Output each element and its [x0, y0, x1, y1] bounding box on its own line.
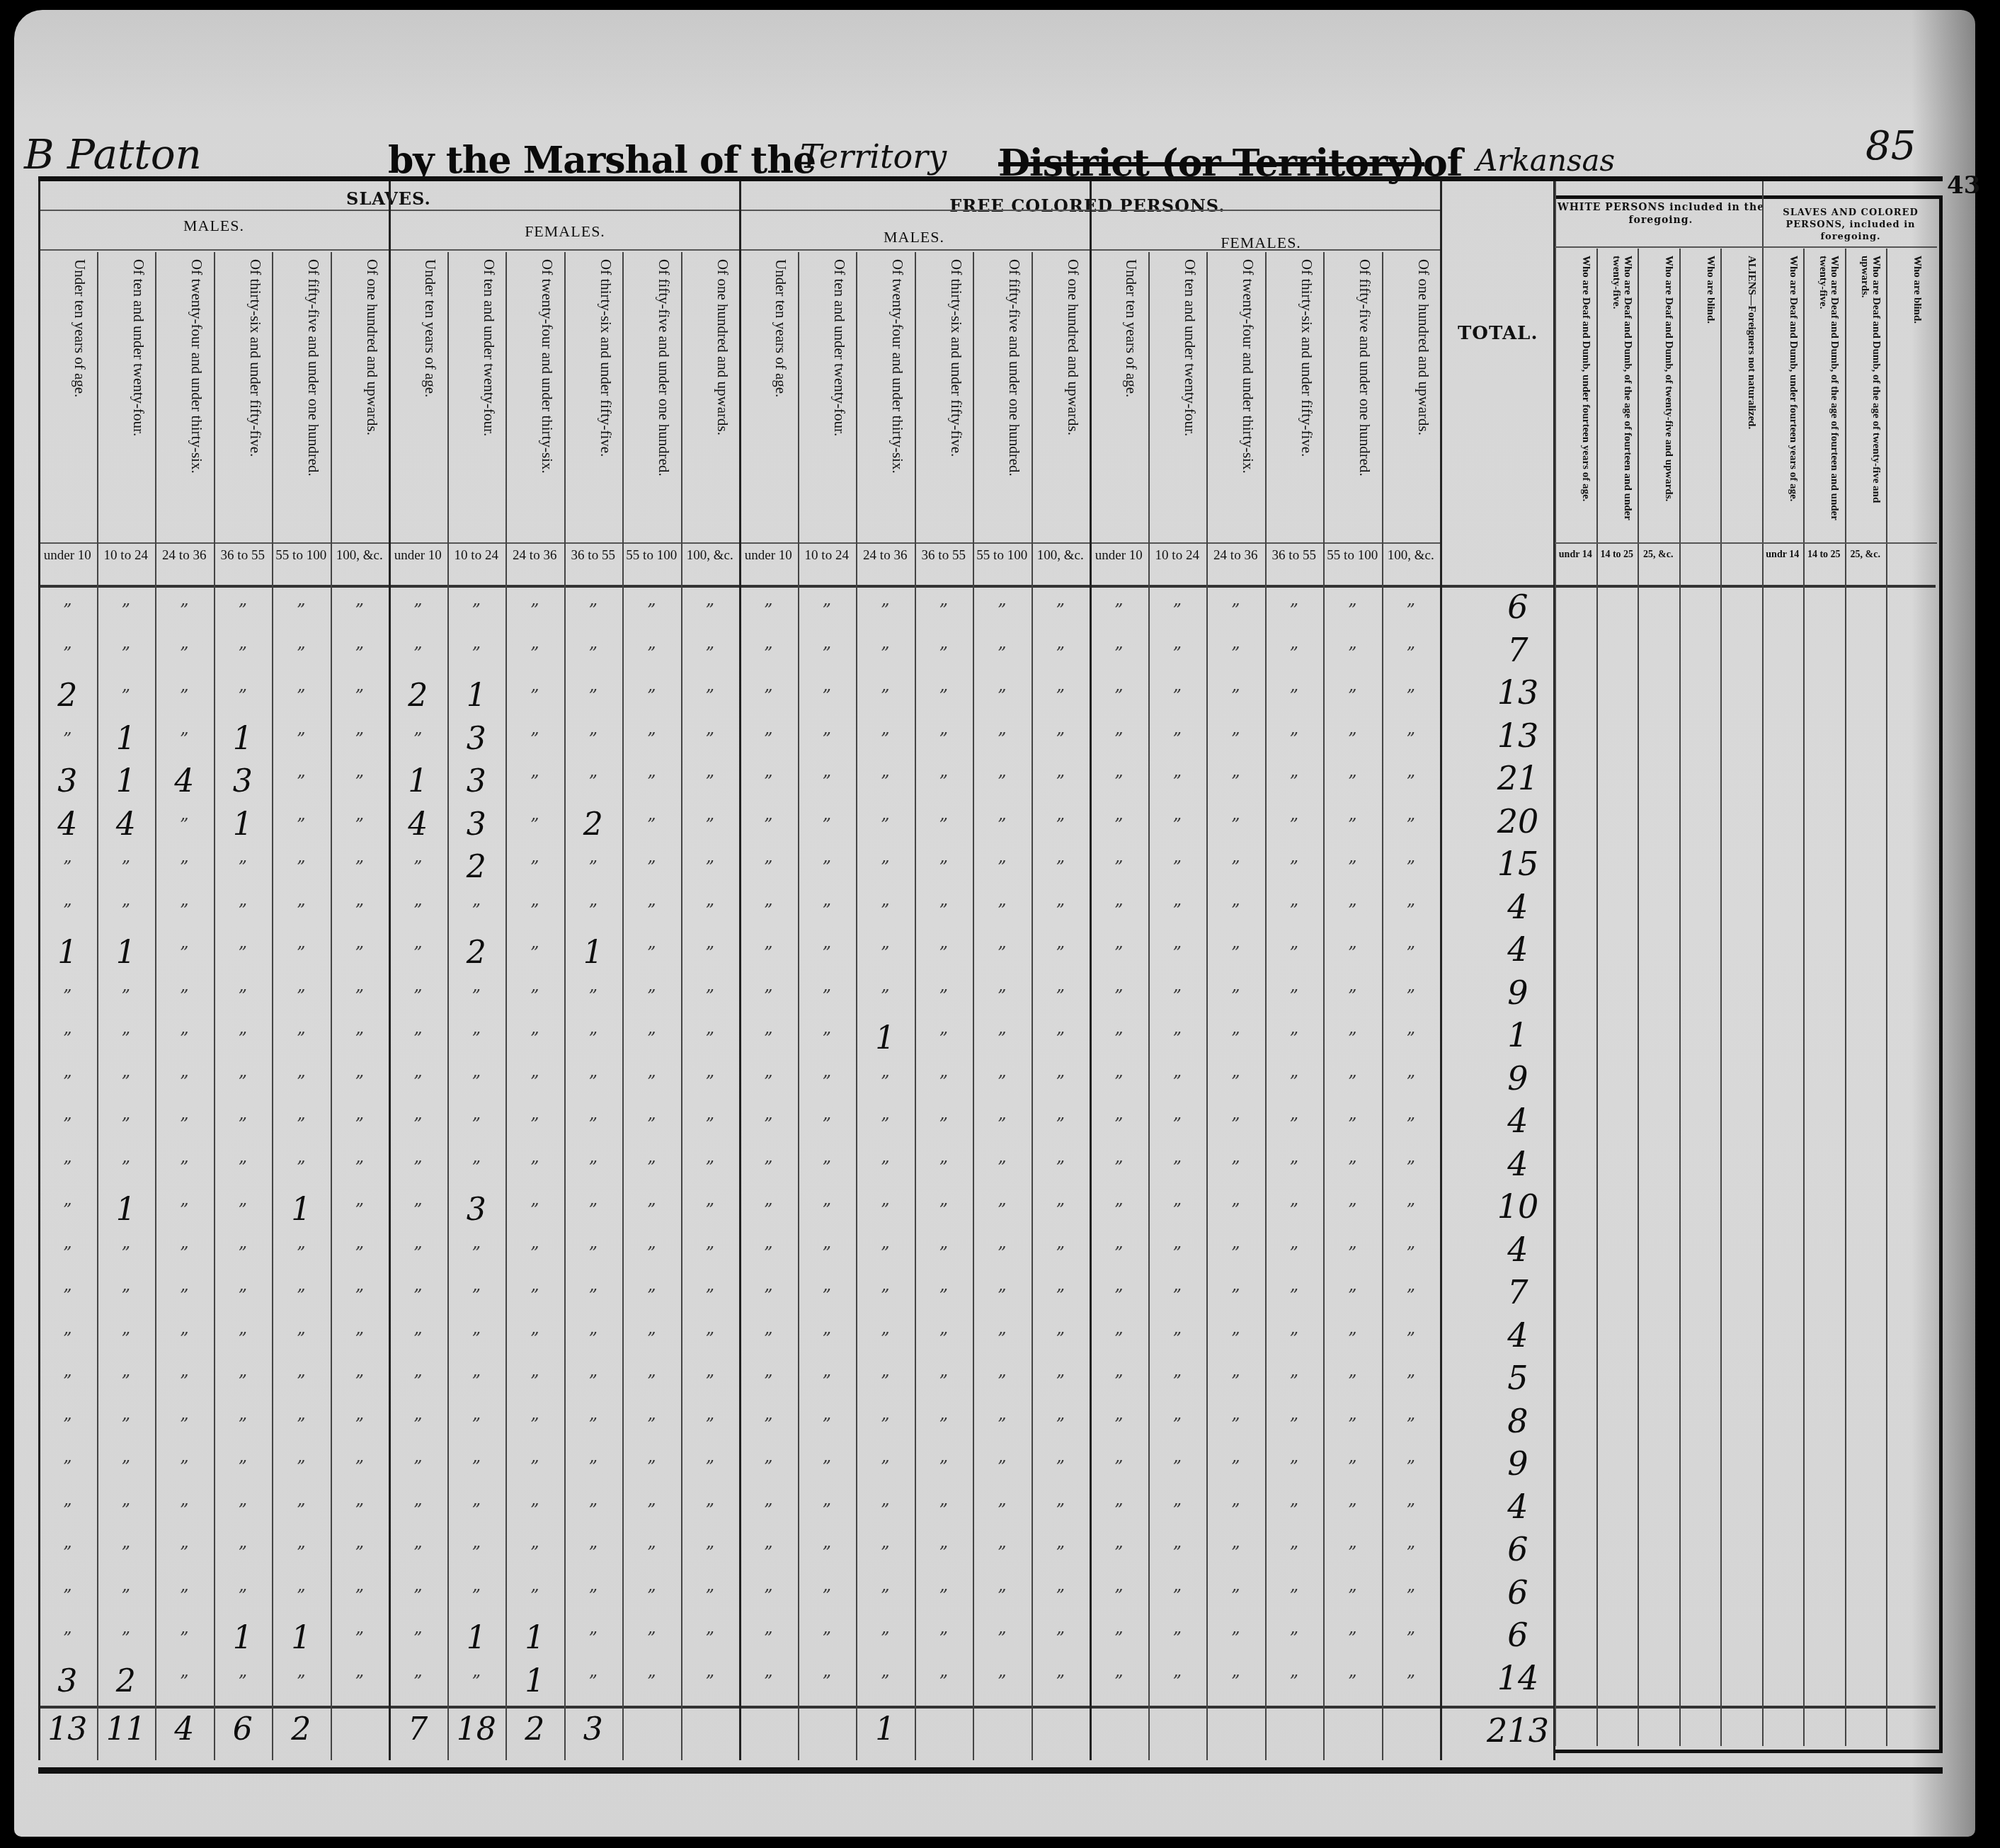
- ditto-mark: ”: [155, 1629, 214, 1648]
- ditto-mark: ”: [856, 1072, 915, 1092]
- ditto-mark: ”: [331, 1672, 389, 1692]
- ditto-mark: ”: [272, 1114, 331, 1134]
- ditto-mark: ”: [389, 1457, 447, 1477]
- ditto-mark: ”: [1032, 1286, 1090, 1306]
- column-heading: Of one hundred and upwards.: [691, 259, 731, 528]
- slaves-females: FEMALES.: [389, 222, 741, 241]
- ditto-mark: ”: [739, 1543, 798, 1563]
- ditto-mark: ”: [389, 1371, 447, 1391]
- ditto-mark: ”: [1148, 1500, 1207, 1520]
- ditto-mark: ”: [1032, 772, 1090, 792]
- ditto-mark: ”: [1382, 901, 1441, 920]
- ditto-mark: ”: [505, 943, 564, 963]
- ditto-mark: ”: [1382, 1500, 1441, 1520]
- ditto-mark: ”: [681, 729, 740, 749]
- ditto-mark: ”: [739, 644, 798, 663]
- ditto-mark: ”: [564, 1114, 623, 1134]
- ditto-mark: ”: [331, 1158, 389, 1177]
- ditto-mark: ”: [1032, 600, 1090, 620]
- ditto-mark: ”: [1090, 1072, 1148, 1092]
- ditto-mark: ”: [739, 1500, 798, 1520]
- ditto-mark: ”: [564, 1672, 623, 1692]
- ditto-mark: ”: [1206, 1672, 1265, 1692]
- ditto-mark: ”: [681, 686, 740, 706]
- ditto-mark: ”: [622, 1543, 681, 1563]
- ditto-mark: ”: [97, 1586, 156, 1606]
- ditto-mark: ”: [856, 815, 915, 835]
- ditto-mark: ”: [1090, 644, 1148, 663]
- ditto-mark: ”: [1032, 1200, 1090, 1220]
- ditto-mark: ”: [739, 1158, 798, 1177]
- ditto-mark: ”: [564, 1286, 623, 1306]
- ditto-mark: ”: [798, 1543, 857, 1563]
- table-cell: 3: [447, 721, 506, 757]
- ditto-mark: ”: [505, 1200, 564, 1220]
- ditto-mark: ”: [447, 1415, 506, 1435]
- ditto-mark: ”: [856, 772, 915, 792]
- column-heading: Of fifty-five and under one hundred.: [282, 259, 321, 528]
- ditto-mark: ”: [739, 1243, 798, 1263]
- ditto-mark: ”: [915, 1286, 973, 1306]
- ditto-mark: ”: [214, 686, 273, 706]
- ditto-mark: ”: [155, 943, 214, 963]
- ditto-mark: ”: [1148, 1200, 1207, 1220]
- ditto-mark: ”: [389, 1072, 447, 1092]
- ditto-mark: ”: [1382, 986, 1441, 1006]
- column-range: 36 to 55: [214, 548, 273, 564]
- ditto-mark: ”: [973, 857, 1032, 877]
- ditto-mark: ”: [1206, 772, 1265, 792]
- ditto-mark: ”: [97, 1500, 156, 1520]
- column-total: 13: [38, 1711, 97, 1747]
- ditto-mark: ”: [856, 1543, 915, 1563]
- ditto-mark: ”: [214, 857, 273, 877]
- ditto-mark: ”: [155, 1329, 214, 1349]
- ditto-mark: ”: [1323, 1415, 1382, 1435]
- row-total: 4: [1468, 1488, 1567, 1526]
- ditto-mark: ”: [1148, 1543, 1207, 1563]
- ditto-mark: ”: [1382, 686, 1441, 706]
- ditto-mark: ”: [1148, 943, 1207, 963]
- ditto-mark: ”: [973, 1629, 1032, 1648]
- ditto-mark: ”: [915, 1415, 973, 1435]
- ditto-mark: ”: [1323, 986, 1382, 1006]
- ditto-mark: ”: [1265, 1672, 1324, 1692]
- ditto-mark: ”: [564, 857, 623, 877]
- column-rule: [1206, 252, 1208, 1760]
- ditto-mark: ”: [331, 1629, 389, 1648]
- census-table: SLAVES. FREE COLORED PERSONS. MALES. FEM…: [38, 176, 1943, 1774]
- column-heading: Under ten years of age.: [749, 259, 789, 528]
- ditto-mark: ”: [331, 1500, 389, 1520]
- ditto-mark: ”: [1323, 1029, 1382, 1049]
- ditto-mark: ”: [622, 1286, 681, 1306]
- column-rule: [1323, 252, 1325, 1760]
- ditto-mark: ”: [564, 901, 623, 920]
- table-cell: 4: [155, 763, 214, 799]
- ditto-mark: ”: [1090, 1629, 1148, 1648]
- ditto-mark: ”: [1265, 600, 1324, 620]
- table-cell: 1: [97, 763, 156, 799]
- ditto-mark: ”: [798, 1029, 857, 1049]
- ditto-mark: ”: [1148, 1629, 1207, 1648]
- ditto-mark: ”: [389, 1500, 447, 1520]
- ditto-mark: ”: [739, 857, 798, 877]
- ditto-mark: ”: [622, 1672, 681, 1692]
- column-range: 100, &c.: [331, 548, 389, 564]
- ditto-mark: ”: [622, 772, 681, 792]
- column-range: 55 to 100: [1323, 548, 1382, 564]
- ditto-mark: ”: [155, 644, 214, 663]
- ditto-mark: ”: [1206, 1243, 1265, 1263]
- ditto-mark: ”: [1382, 1586, 1441, 1606]
- ditto-mark: ”: [1090, 600, 1148, 620]
- ditto-mark: ”: [856, 644, 915, 663]
- ditto-mark: ”: [1032, 986, 1090, 1006]
- ditto-mark: ”: [622, 901, 681, 920]
- ditto-mark: ”: [739, 686, 798, 706]
- ditto-mark: ”: [505, 1158, 564, 1177]
- ditto-mark: ”: [505, 901, 564, 920]
- ditto-mark: ”: [505, 815, 564, 835]
- ditto-mark: ”: [739, 1457, 798, 1477]
- ditto-mark: ”: [681, 1371, 740, 1391]
- table-cell: 1: [97, 721, 156, 757]
- row-total: 8: [1468, 1402, 1567, 1440]
- ditto-mark: ”: [1323, 1500, 1382, 1520]
- ditto-mark: ”: [681, 943, 740, 963]
- rule: [1555, 542, 1937, 544]
- column-range: 10 to 24: [1148, 548, 1207, 564]
- column-rule: [1596, 249, 1598, 1746]
- ditto-mark: ”: [973, 943, 1032, 963]
- ditto-mark: ”: [97, 1371, 156, 1391]
- ditto-mark: ”: [856, 1329, 915, 1349]
- table-cell: 1: [389, 763, 447, 799]
- ditto-mark: ”: [681, 815, 740, 835]
- ditto-mark: ”: [681, 644, 740, 663]
- row-total: 13: [1468, 673, 1567, 712]
- ditto-mark: ”: [38, 600, 97, 620]
- ditto-mark: ”: [739, 1200, 798, 1220]
- column-range: 36 to 55: [1265, 548, 1324, 564]
- ditto-mark: ”: [155, 1158, 214, 1177]
- ditto-mark: ”: [798, 1500, 857, 1520]
- ditto-mark: ”: [973, 686, 1032, 706]
- ditto-mark: ”: [622, 1371, 681, 1391]
- row-total: 9: [1468, 1059, 1567, 1097]
- ditto-mark: ”: [973, 815, 1032, 835]
- ditto-mark: ”: [155, 1371, 214, 1391]
- ditto-mark: ”: [798, 1371, 857, 1391]
- ditto-mark: ”: [214, 1243, 273, 1263]
- ditto-mark: ”: [1148, 686, 1207, 706]
- ditto-mark: ”: [681, 857, 740, 877]
- ditto-mark: ”: [915, 1158, 973, 1177]
- ditto-mark: ”: [331, 857, 389, 877]
- ditto-mark: ”: [1206, 1629, 1265, 1648]
- ditto-mark: ”: [798, 1329, 857, 1349]
- ditto-mark: ”: [447, 1500, 506, 1520]
- ditto-mark: ”: [1148, 986, 1207, 1006]
- row-total: 6: [1468, 588, 1567, 626]
- page-number-handwritten: 85: [1865, 123, 1916, 169]
- ditto-mark: ”: [97, 901, 156, 920]
- ditto-mark: ”: [389, 1415, 447, 1435]
- row-total: 6: [1468, 1530, 1567, 1568]
- ditto-mark: ”: [447, 1543, 506, 1563]
- ditto-mark: ”: [1090, 1371, 1148, 1391]
- column-rule: [973, 252, 974, 1760]
- ditto-mark: ”: [915, 1029, 973, 1049]
- ditto-mark: ”: [38, 901, 97, 920]
- ditto-mark: ”: [1032, 729, 1090, 749]
- ditto-mark: ”: [798, 729, 857, 749]
- ditto-mark: ”: [973, 1500, 1032, 1520]
- table-cell: 1: [214, 806, 273, 843]
- ditto-mark: ”: [447, 901, 506, 920]
- ditto-mark: ”: [1090, 943, 1148, 963]
- ditto-mark: ”: [389, 857, 447, 877]
- ditto-mark: ”: [1265, 772, 1324, 792]
- table-cell: 1: [505, 1663, 564, 1699]
- column-heading: Of fifty-five and under one hundred.: [632, 259, 672, 528]
- ditto-mark: ”: [739, 1329, 798, 1349]
- ditto-mark: ”: [1323, 644, 1382, 663]
- slaves-males: MALES.: [38, 217, 389, 235]
- ditto-mark: ”: [681, 1415, 740, 1435]
- column-heading: Of twenty-four and under thirty-six.: [866, 259, 905, 528]
- ditto-mark: ”: [155, 1286, 214, 1306]
- ditto-mark: ”: [155, 1072, 214, 1092]
- ditto-mark: ”: [214, 1329, 273, 1349]
- supplementary-column-heading: Who are Deaf and Dumb, under fourteen ye…: [1768, 256, 1799, 539]
- ditto-mark: ”: [622, 1072, 681, 1092]
- ditto-mark: ”: [1206, 644, 1265, 663]
- ditto-mark: ”: [681, 1329, 740, 1349]
- ditto-mark: ”: [1148, 815, 1207, 835]
- ditto-mark: ”: [1323, 772, 1382, 792]
- ditto-mark: ”: [681, 1029, 740, 1049]
- supplementary-column-heading: Who are Deaf and Dumb, of twenty-five an…: [1643, 256, 1674, 539]
- ditto-mark: ”: [798, 986, 857, 1006]
- ditto-mark: ”: [155, 1200, 214, 1220]
- ditto-mark: ”: [1090, 1329, 1148, 1349]
- ditto-mark: ”: [856, 1371, 915, 1391]
- ditto-mark: ”: [331, 1200, 389, 1220]
- ditto-mark: ”: [856, 857, 915, 877]
- ditto-mark: ”: [622, 600, 681, 620]
- ditto-mark: ”: [681, 1114, 740, 1134]
- supplementary-column-range: undr 14: [1555, 549, 1596, 561]
- ditto-mark: ”: [622, 1415, 681, 1435]
- ditto-mark: ”: [155, 600, 214, 620]
- ditto-mark: ”: [389, 644, 447, 663]
- title-handwritten-state: Arkansas: [1476, 143, 1615, 178]
- ditto-mark: ”: [155, 986, 214, 1006]
- total-header: TOTAL.: [1458, 323, 1538, 344]
- ditto-mark: ”: [973, 1158, 1032, 1177]
- ditto-mark: ”: [155, 729, 214, 749]
- ditto-mark: ”: [798, 1672, 857, 1692]
- ditto-mark: ”: [681, 901, 740, 920]
- ditto-mark: ”: [155, 1672, 214, 1692]
- column-rule: [331, 252, 332, 1760]
- ditto-mark: ”: [681, 1200, 740, 1220]
- grand-total: 213: [1461, 1711, 1575, 1750]
- ditto-mark: ”: [389, 1158, 447, 1177]
- ditto-mark: ”: [915, 901, 973, 920]
- ditto-mark: ”: [856, 1243, 915, 1263]
- ditto-mark: ”: [739, 815, 798, 835]
- column-heading: Of ten and under twenty-four.: [457, 259, 497, 528]
- ditto-mark: ”: [973, 644, 1032, 663]
- row-total: 9: [1468, 974, 1567, 1012]
- table-cell: 4: [97, 806, 156, 843]
- ditto-mark: ”: [1090, 1158, 1148, 1177]
- ditto-mark: ”: [1148, 1072, 1207, 1092]
- ditto-mark: ”: [856, 1629, 915, 1648]
- table-cell: 3: [38, 763, 97, 799]
- ditto-mark: ”: [447, 1586, 506, 1606]
- row-total: 14: [1468, 1659, 1567, 1697]
- ditto-mark: ”: [915, 1629, 973, 1648]
- ditto-mark: ”: [973, 1586, 1032, 1606]
- ditto-mark: ”: [214, 1500, 273, 1520]
- ditto-mark: ”: [798, 943, 857, 963]
- column-range: under 10: [739, 548, 798, 564]
- ditto-mark: ”: [739, 986, 798, 1006]
- ditto-mark: ”: [1206, 1286, 1265, 1306]
- ditto-mark: ”: [622, 1329, 681, 1349]
- ditto-mark: ”: [1148, 1415, 1207, 1435]
- ditto-mark: ”: [505, 1371, 564, 1391]
- ditto-mark: ”: [856, 986, 915, 1006]
- ditto-mark: ”: [1206, 986, 1265, 1006]
- ditto-mark: ”: [973, 1072, 1032, 1092]
- free-males: MALES.: [741, 228, 1087, 246]
- ditto-mark: ”: [214, 901, 273, 920]
- ditto-mark: ”: [38, 729, 97, 749]
- ditto-mark: ”: [1265, 1243, 1324, 1263]
- ditto-mark: ”: [915, 857, 973, 877]
- ditto-mark: ”: [1382, 1243, 1441, 1263]
- ditto-mark: ”: [272, 1457, 331, 1477]
- ditto-mark: ”: [564, 1158, 623, 1177]
- ditto-mark: ”: [564, 1243, 623, 1263]
- ditto-mark: ”: [447, 1243, 506, 1263]
- ditto-mark: ”: [1382, 729, 1441, 749]
- ditto-mark: ”: [798, 686, 857, 706]
- column-range: under 10: [389, 548, 447, 564]
- ditto-mark: ”: [1323, 1543, 1382, 1563]
- table-cell: 2: [38, 678, 97, 714]
- ditto-mark: ”: [856, 686, 915, 706]
- ditto-mark: ”: [214, 1415, 273, 1435]
- ditto-mark: ”: [505, 986, 564, 1006]
- ditto-mark: ”: [1323, 1158, 1382, 1177]
- ditto-mark: ”: [272, 772, 331, 792]
- ditto-mark: ”: [1032, 1243, 1090, 1263]
- ditto-mark: ”: [1032, 644, 1090, 663]
- ditto-mark: ”: [1382, 1200, 1441, 1220]
- column-rule: [622, 252, 624, 1760]
- ditto-mark: ”: [155, 1029, 214, 1049]
- ditto-mark: ”: [856, 943, 915, 963]
- ditto-mark: ”: [1265, 1072, 1324, 1092]
- ditto-mark: ”: [622, 1114, 681, 1134]
- ditto-mark: ”: [739, 729, 798, 749]
- column-heading: Under ten years of age.: [399, 259, 438, 528]
- column-heading: Of thirty-six and under fifty-five.: [925, 259, 964, 528]
- ditto-mark: ”: [681, 1457, 740, 1477]
- ditto-mark: ”: [1148, 644, 1207, 663]
- ditto-mark: ”: [622, 729, 681, 749]
- ditto-mark: ”: [915, 1072, 973, 1092]
- ditto-mark: ”: [739, 1114, 798, 1134]
- ditto-mark: ”: [973, 1243, 1032, 1263]
- column-range: under 10: [1090, 548, 1148, 564]
- ditto-mark: ”: [564, 600, 623, 620]
- table-cell: 2: [389, 678, 447, 714]
- ditto-mark: ”: [214, 986, 273, 1006]
- ditto-mark: ”: [1206, 1029, 1265, 1049]
- ditto-mark: ”: [505, 1457, 564, 1477]
- column-rule: [1090, 181, 1092, 1760]
- ditto-mark: ”: [155, 1543, 214, 1563]
- ditto-mark: ”: [389, 1029, 447, 1049]
- ditto-mark: ”: [1090, 901, 1148, 920]
- ditto-mark: ”: [856, 1114, 915, 1134]
- ditto-mark: ”: [1148, 1286, 1207, 1306]
- ditto-mark: ”: [915, 1200, 973, 1220]
- row-total: 6: [1468, 1573, 1567, 1612]
- ditto-mark: ”: [564, 1543, 623, 1563]
- ditto-mark: ”: [155, 857, 214, 877]
- ditto-mark: ”: [1090, 1457, 1148, 1477]
- ditto-mark: ”: [1148, 1158, 1207, 1177]
- ditto-mark: ”: [97, 600, 156, 620]
- ditto-mark: ”: [38, 1543, 97, 1563]
- ditto-mark: ”: [38, 1500, 97, 1520]
- ditto-mark: ”: [564, 1500, 623, 1520]
- supplementary-column-heading: Who are blind.: [1685, 256, 1716, 539]
- ditto-mark: ”: [38, 1029, 97, 1049]
- ditto-mark: ”: [681, 1243, 740, 1263]
- ditto-mark: ”: [1382, 1114, 1441, 1134]
- column-rule: [1440, 181, 1442, 1760]
- column-range: 55 to 100: [973, 548, 1032, 564]
- ditto-mark: ”: [1032, 1158, 1090, 1177]
- ditto-mark: ”: [798, 644, 857, 663]
- ditto-mark: ”: [155, 1243, 214, 1263]
- ditto-mark: ”: [856, 1586, 915, 1606]
- ditto-mark: ”: [1032, 1415, 1090, 1435]
- ditto-mark: ”: [1032, 1672, 1090, 1692]
- ditto-mark: ”: [38, 1072, 97, 1092]
- ditto-mark: ”: [1032, 1371, 1090, 1391]
- census-page: B Patton by the Marshal of the Territory…: [14, 10, 1975, 1837]
- ditto-mark: ”: [681, 986, 740, 1006]
- ditto-mark: ”: [1323, 1114, 1382, 1134]
- ditto-mark: ”: [38, 1158, 97, 1177]
- table-cell: 1: [272, 1192, 331, 1228]
- table-cell: 2: [564, 806, 623, 843]
- ditto-mark: ”: [622, 1500, 681, 1520]
- ditto-mark: ”: [1206, 901, 1265, 920]
- ditto-mark: ”: [272, 986, 331, 1006]
- ditto-mark: ”: [38, 1629, 97, 1648]
